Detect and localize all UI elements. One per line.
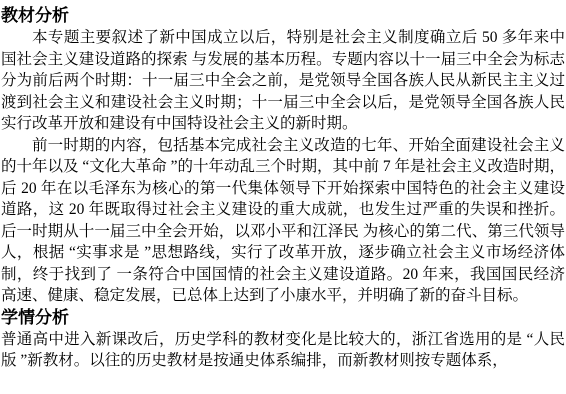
paragraph-curriculum-reform: 普通高中进入新课改后，历史学科的教材变化是比较大的，浙江省选用的是 “人民版 ”… xyxy=(1,329,565,372)
document-page: 教材分析 本专题主要叙述了新中国成立以后，特别是社会主义制度确立后 50 多年来… xyxy=(0,0,566,394)
section-heading-teaching-material-analysis: 教材分析 xyxy=(1,5,565,27)
paragraph-periods-detail: 前一时期的内容，包括基本完成社会主义改造的七年、开始全面建设社会主义的十年以及 … xyxy=(1,135,565,307)
section-heading-learner-analysis: 学情分析 xyxy=(1,307,565,329)
paragraph-overview: 本专题主要叙述了新中国成立以后，特别是社会主义制度确立后 50 多年来中国社会主… xyxy=(1,27,565,135)
